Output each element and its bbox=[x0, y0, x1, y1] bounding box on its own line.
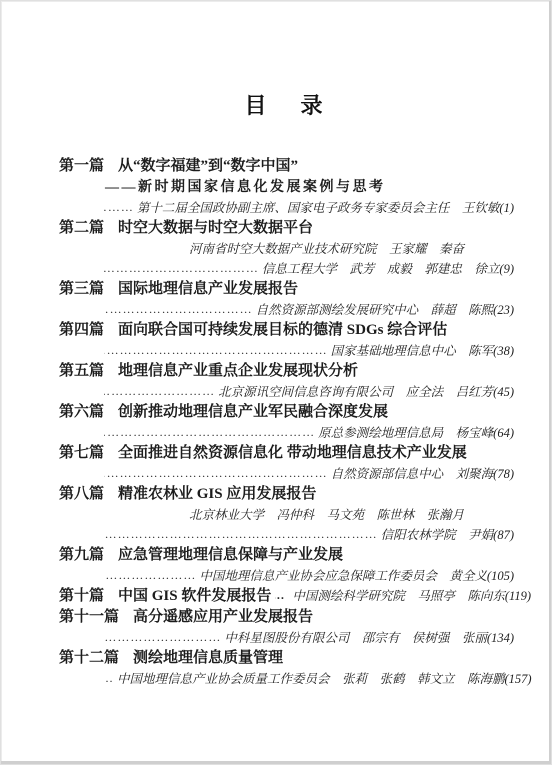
entry-attribution: 信息工程大学 武芳 成毅 郭建忠 徐立(9) bbox=[262, 259, 514, 279]
entry-authors: 北京林业大学 冯仲科 马文苑 陈世林 张瀚月 bbox=[59, 505, 514, 525]
entry-title: 全面推进自然资源信息化 带动地理信息技术产业发展 bbox=[118, 443, 467, 464]
dots-leader: …………………………………………………………………………………………………………… bbox=[104, 524, 378, 544]
entry-title-row: 第八篇精准农林业 GIS 应用发展报告 bbox=[59, 484, 514, 505]
toc-entry: 第二篇时空大数据与时空大数据平台河南省时空大数据产业技术研究院 王家耀 秦奋……… bbox=[59, 218, 514, 279]
entry-leader-row: …………………………………………………………………………………………………………… bbox=[59, 300, 514, 320]
page-content: 目 录 第一篇从“数字福建”到“数字中国”——新时期国家信息化发展案例与思考……… bbox=[1, 1, 551, 764]
toc-entry: 第十篇中国 GIS 软件发展报告………………………………………………………………… bbox=[59, 586, 514, 607]
entry-label: 第十一篇 bbox=[59, 607, 119, 628]
entry-title: 应急管理地理信息保障与产业发展 bbox=[118, 545, 343, 566]
dots-leader: …………………………………………………………………………………………………………… bbox=[275, 585, 285, 606]
entry-title-row: 第五篇地理信息产业重点企业发展现状分析 bbox=[59, 361, 514, 382]
toc-entry: 第一篇从“数字福建”到“数字中国”——新时期国家信息化发展案例与思考………………… bbox=[59, 156, 514, 218]
toc-entry: 第七篇全面推进自然资源信息化 带动地理信息技术产业发展…………………………………… bbox=[59, 443, 514, 484]
entry-attribution: 中国地理信息产业协会应急保障工作委员会 黄全义(105) bbox=[199, 566, 514, 586]
document-page: 目 录 第一篇从“数字福建”到“数字中国”——新时期国家信息化发展案例与思考……… bbox=[0, 0, 552, 765]
entry-label: 第七篇 bbox=[59, 443, 104, 464]
entry-title: 面向联合国可持续发展目标的德清 SDGs 综合评估 bbox=[118, 320, 447, 341]
entry-leader-row: …………………………………………………………………………………………………………… bbox=[59, 628, 514, 648]
dots-leader: …………………………………………………………………………………………………………… bbox=[104, 463, 328, 483]
entry-attribution: 国家基础地理信息中心 陈军(38) bbox=[331, 341, 514, 361]
toc-entry: 第五篇地理信息产业重点企业发展现状分析………………………………………………………… bbox=[59, 361, 514, 402]
dots-leader: …………………………………………………………………………………………………………… bbox=[104, 381, 215, 401]
toc-entry: 第三篇国际地理信息产业发展报告…………………………………………………………………… bbox=[59, 279, 514, 320]
entry-attribution: 第十二届全国政协副主席、国家电子政务专家委员会主任 王钦敏(1) bbox=[137, 198, 514, 218]
entry-leader-row: …………………………………………………………………………………………………………… bbox=[59, 669, 514, 689]
entry-title: 国际地理信息产业发展报告 bbox=[118, 279, 298, 300]
entry-attribution: 信阳农林学院 尹娟(87) bbox=[381, 525, 514, 545]
toc-entry: 第四篇面向联合国可持续发展目标的德清 SDGs 综合评估………………………………… bbox=[59, 320, 514, 361]
toc-entry: 第十一篇高分遥感应用产业发展报告………………………………………………………………… bbox=[59, 607, 514, 648]
entry-attribution: 中科星图股份有限公司 邵宗有 侯树强 张丽(134) bbox=[224, 628, 514, 648]
entry-leader-row: …………………………………………………………………………………………………………… bbox=[59, 525, 514, 545]
toc-entry: 第六篇创新推动地理信息产业军民融合深度发展…………………………………………………… bbox=[59, 402, 514, 443]
entry-leader-row: …………………………………………………………………………………………………………… bbox=[59, 382, 514, 402]
entry-label: 第四篇 bbox=[59, 320, 104, 341]
entry-leader-row: …………………………………………………………………………………………………………… bbox=[59, 566, 514, 586]
entry-title-row: 第十一篇高分遥感应用产业发展报告 bbox=[59, 607, 514, 628]
entry-title-row: 第十二篇测绘地理信息质量管理 bbox=[59, 648, 514, 669]
entry-title: 创新推动地理信息产业军民融合深度发展 bbox=[118, 402, 388, 423]
entry-leader-row: …………………………………………………………………………………………………………… bbox=[59, 198, 514, 218]
dots-leader: …………………………………………………………………………………………………………… bbox=[104, 258, 259, 278]
entry-label: 第八篇 bbox=[59, 484, 104, 505]
dots-leader: …………………………………………………………………………………………………………… bbox=[104, 565, 196, 585]
toc-list: 第一篇从“数字福建”到“数字中国”——新时期国家信息化发展案例与思考………………… bbox=[59, 156, 514, 689]
entry-attribution: 中国地理信息产业协会质量工作委员会 张莉 张鹤 韩文立 陈海鹏(157) bbox=[117, 669, 532, 689]
entry-label: 第三篇 bbox=[59, 279, 104, 300]
entry-attribution: 原总参测绘地理信息局 杨宝峰(64) bbox=[318, 423, 514, 443]
dots-leader: …………………………………………………………………………………………………………… bbox=[104, 340, 328, 360]
entry-title-row: 第一篇从“数字福建”到“数字中国” bbox=[59, 156, 514, 177]
entry-attribution: 北京源讯空间信息咨询有限公司 应全法 吕红芳(45) bbox=[218, 382, 514, 402]
entry-title-row: 第九篇应急管理地理信息保障与产业发展 bbox=[59, 545, 514, 566]
entry-authors: 河南省时空大数据产业技术研究院 王家耀 秦奋 bbox=[59, 239, 514, 259]
dots-leader: …………………………………………………………………………………………………………… bbox=[104, 422, 315, 442]
entry-label: 第六篇 bbox=[59, 402, 104, 423]
entry-title: 高分遥感应用产业发展报告 bbox=[133, 607, 313, 628]
entry-title-row: 第六篇创新推动地理信息产业军民融合深度发展 bbox=[59, 402, 514, 423]
toc-entry: 第八篇精准农林业 GIS 应用发展报告北京林业大学 冯仲科 马文苑 陈世林 张瀚… bbox=[59, 484, 514, 545]
entry-label: 第九篇 bbox=[59, 545, 104, 566]
entry-attribution: 自然资源部信息中心 刘聚海(78) bbox=[331, 464, 514, 484]
entry-leader-row: …………………………………………………………………………………………………………… bbox=[59, 464, 514, 484]
entry-title-row: 第四篇面向联合国可持续发展目标的德清 SDGs 综合评估 bbox=[59, 320, 514, 341]
entry-label: 第十二篇 bbox=[59, 648, 119, 669]
entry-attribution: 中国测绘科学研究院 马照亭 陈向东(119) bbox=[292, 586, 531, 607]
dots-leader: …………………………………………………………………………………………………………… bbox=[104, 299, 253, 319]
entry-title: 中国 GIS 软件发展报告 bbox=[118, 586, 271, 607]
toc-entry: 第十二篇测绘地理信息质量管理……………………………………………………………………… bbox=[59, 648, 514, 689]
entry-title-row: 第二篇时空大数据与时空大数据平台 bbox=[59, 218, 514, 239]
entry-title: 精准农林业 GIS 应用发展报告 bbox=[118, 484, 316, 505]
page-title: 目 录 bbox=[59, 89, 514, 120]
entry-leader-row: …………………………………………………………………………………………………………… bbox=[59, 259, 514, 279]
entry-leader-row: …………………………………………………………………………………………………………… bbox=[59, 341, 514, 361]
entry-title-row: 第七篇全面推进自然资源信息化 带动地理信息技术产业发展 bbox=[59, 443, 514, 464]
entry-label: 第二篇 bbox=[59, 218, 104, 239]
entry-title: 从“数字福建”到“数字中国” bbox=[118, 156, 298, 177]
entry-title: 测绘地理信息质量管理 bbox=[133, 648, 283, 669]
entry-label: 第一篇 bbox=[59, 156, 104, 177]
entry-leader-row: …………………………………………………………………………………………………………… bbox=[59, 423, 514, 443]
entry-attribution: 自然资源部测绘发展研究中心 薛超 陈熙(23) bbox=[256, 300, 514, 320]
entry-title-row: 第十篇中国 GIS 软件发展报告………………………………………………………………… bbox=[59, 586, 514, 607]
dots-leader: …………………………………………………………………………………………………………… bbox=[104, 197, 134, 217]
entry-label: 第十篇 bbox=[59, 586, 104, 607]
toc-entry: 第九篇应急管理地理信息保障与产业发展…………………………………………………………… bbox=[59, 545, 514, 586]
entry-title: 地理信息产业重点企业发展现状分析 bbox=[118, 361, 358, 382]
entry-title: 时空大数据与时空大数据平台 bbox=[118, 218, 313, 239]
entry-label: 第五篇 bbox=[59, 361, 104, 382]
entry-title-row: 第三篇国际地理信息产业发展报告 bbox=[59, 279, 514, 300]
dots-leader: …………………………………………………………………………………………………………… bbox=[104, 668, 114, 688]
entry-subtitle: ——新时期国家信息化发展案例与思考 bbox=[59, 177, 514, 198]
dots-leader: …………………………………………………………………………………………………………… bbox=[104, 627, 221, 647]
